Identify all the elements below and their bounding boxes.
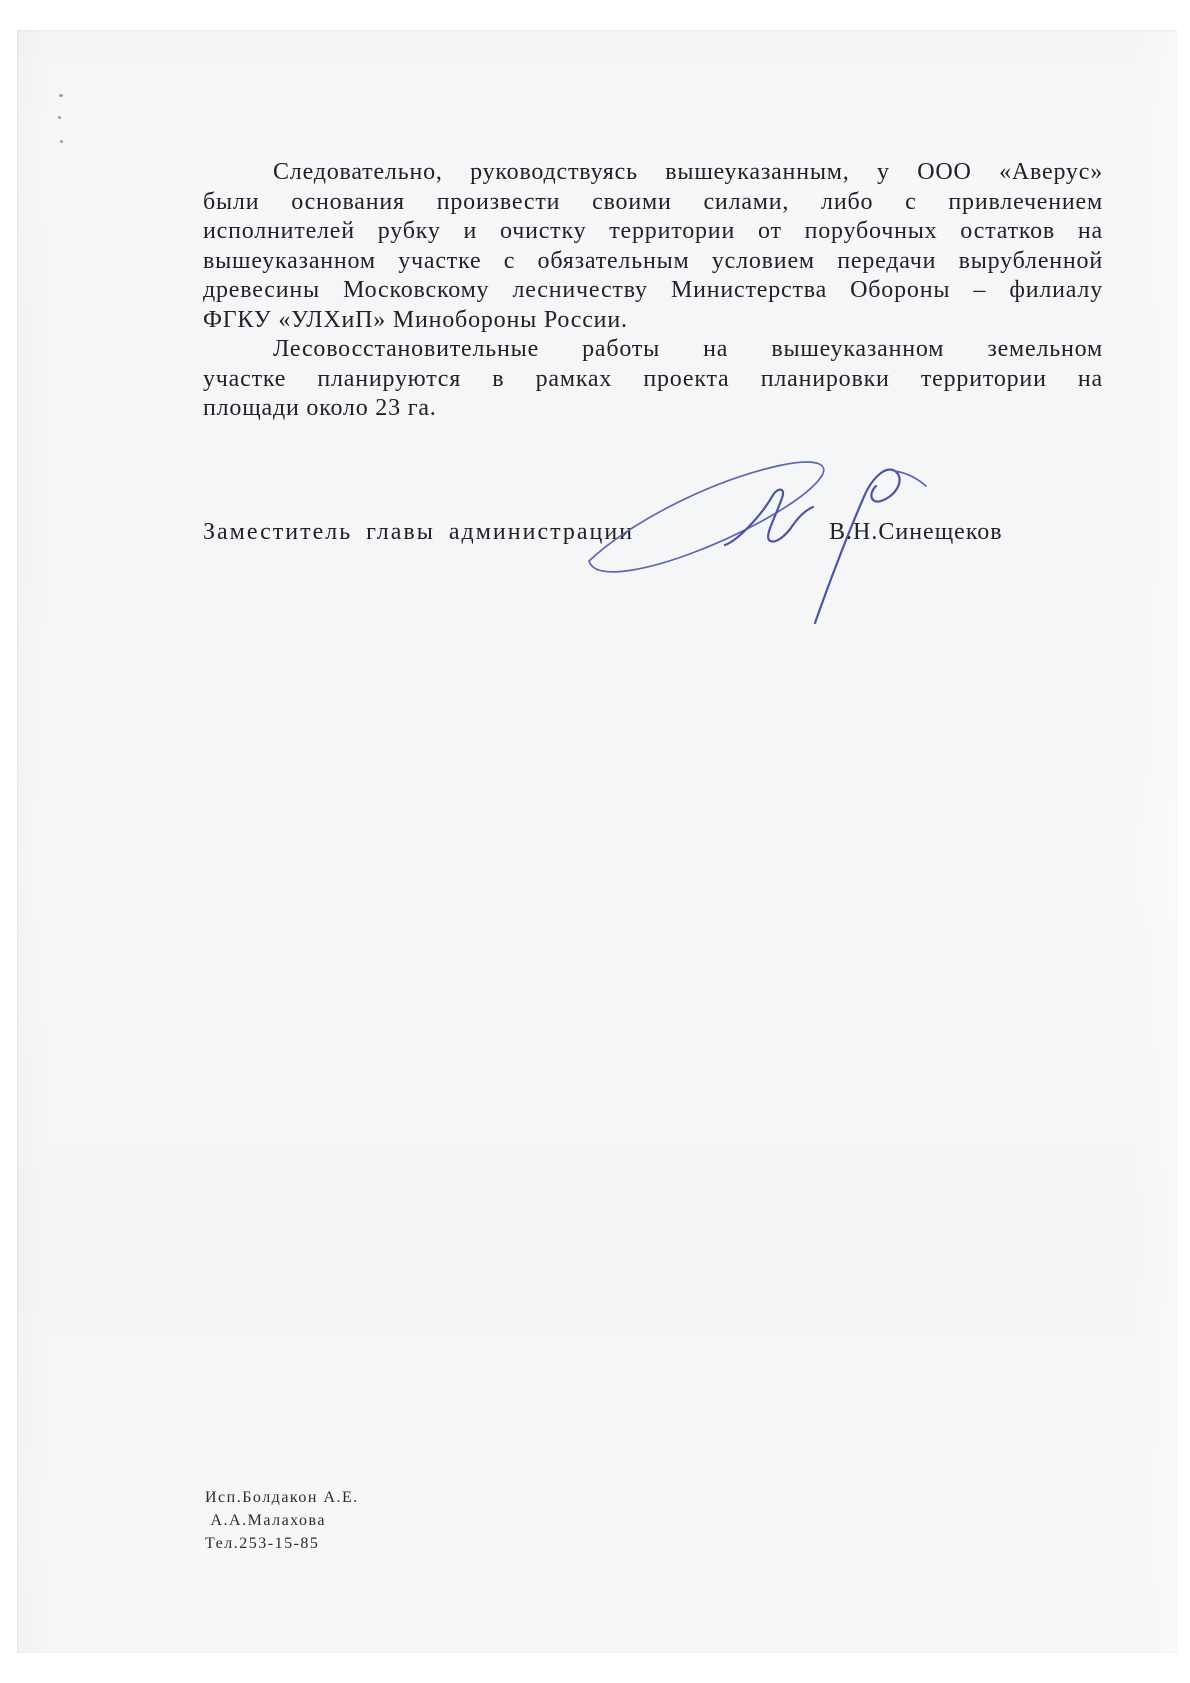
paragraph1-line: вышеуказанном участке с обязательным усл…	[203, 247, 1103, 277]
paragraph2-line: площади около 23 га.	[203, 394, 1103, 424]
paragraph1-line: древесины Московскому лесничеству Минист…	[203, 276, 1103, 306]
signer-position-title: Заместитель главы администрации	[203, 518, 634, 548]
executor-name-2: А.А.Малахова	[205, 1509, 359, 1532]
paper-sheet: Следовательно, руководствуясь вышеуказан…	[17, 30, 1177, 1653]
paragraph1-line: были основания произвести своими силами,…	[203, 188, 1103, 218]
paragraph1-line: Следовательно, руководствуясь вышеуказан…	[203, 158, 1103, 188]
paragraph1-line: ФГКУ «УЛХиП» Минобороны России.	[203, 306, 1103, 336]
scan-speck	[58, 116, 61, 119]
paragraph2-line: участке планируются в рамках проекта пла…	[203, 365, 1103, 395]
paragraph2-line: Лесовосстановительные работы на вышеуказ…	[203, 335, 1103, 365]
scan-speck	[59, 94, 63, 97]
executor-phone: Тел.253-15-85	[205, 1532, 359, 1555]
executor-name: Исп.Болдакон А.Е.	[205, 1486, 359, 1509]
scan-speck	[60, 140, 63, 143]
scanned-letter-page: Следовательно, руководствуясь вышеуказан…	[0, 0, 1190, 1683]
executor-block: Исп.Болдакон А.Е. А.А.Малахова Тел.253-1…	[205, 1486, 359, 1555]
paragraph1-line: исполнителей рубку и очистку территории …	[203, 217, 1103, 247]
letter-body: Следовательно, руководствуясь вышеуказан…	[203, 158, 1103, 424]
signer-name: В.Н.Синещеков	[829, 518, 1003, 548]
